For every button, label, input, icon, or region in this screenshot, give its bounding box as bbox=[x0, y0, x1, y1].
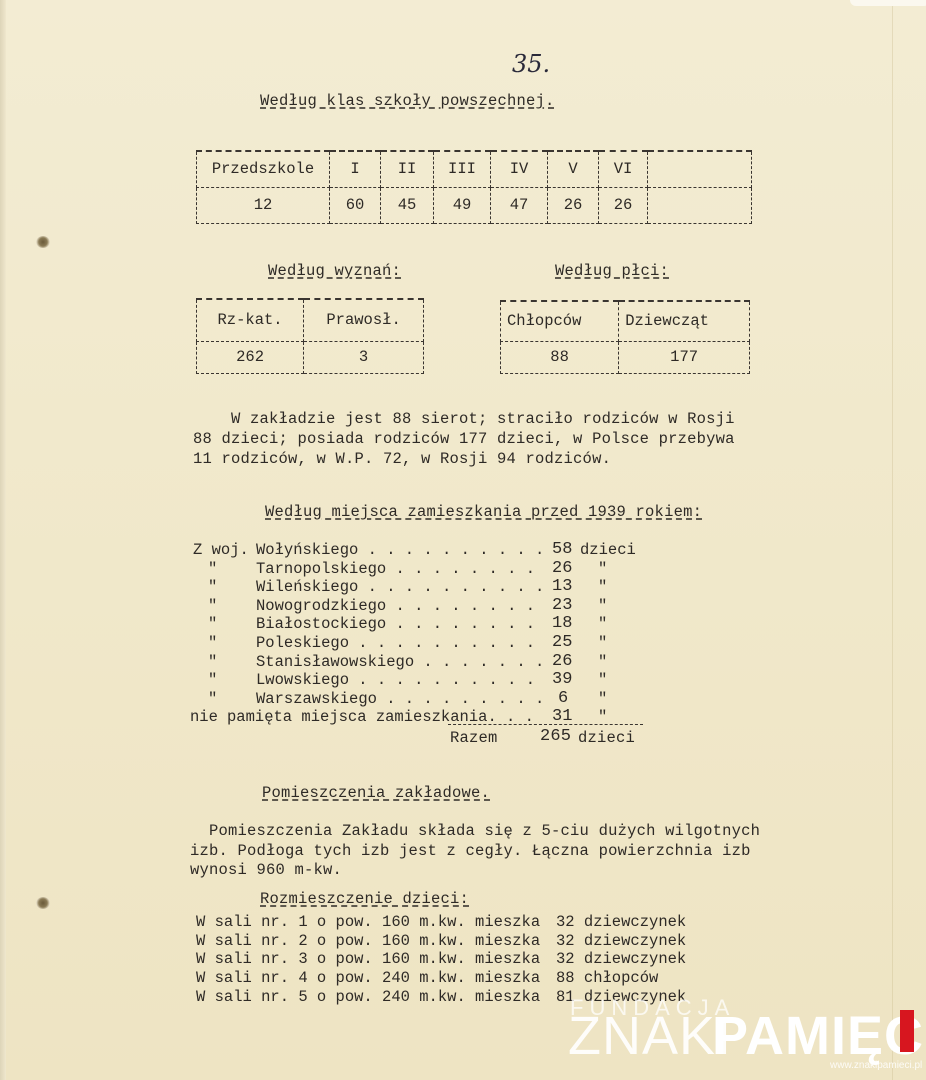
religion-table: Rz-kat.Prawosł. 2623 bbox=[196, 298, 424, 374]
table-value-cell: 177 bbox=[619, 341, 750, 373]
paper-tear bbox=[850, 0, 926, 6]
residence-name: Tarnopolskiego bbox=[256, 560, 386, 578]
distribution-room: W sali nr. 2 o pow. 160 m.kw. mieszka bbox=[196, 932, 540, 950]
table-header-cell: Chłopców bbox=[501, 301, 619, 341]
residence-unit: dzieci bbox=[580, 541, 636, 559]
residence-unit: " bbox=[598, 671, 607, 689]
residence-unit: " bbox=[598, 597, 607, 615]
residence-unit: " bbox=[598, 653, 607, 671]
distribution-group: 32 dziewczynek bbox=[556, 950, 686, 968]
leader-dots: . . . . . . . . . . . . . . . . . . . . … bbox=[358, 578, 548, 596]
orphans-line-2: 88 dzieci; posiada rodziców 177 dzieci, … bbox=[193, 430, 735, 448]
school-class-table: PrzedszkoleIIIIIIIVVVI 12604549472626 bbox=[196, 150, 752, 224]
watermark-accent-bar bbox=[900, 1010, 914, 1052]
table-value-cell: 49 bbox=[434, 187, 491, 223]
table-value-cell: 26 bbox=[599, 187, 648, 223]
residence-prefix: " bbox=[208, 634, 217, 652]
table-header-cell: Prawosł. bbox=[304, 299, 424, 341]
leader-dots: . . . . . . . . . . . . . . . . . . . . … bbox=[386, 615, 548, 633]
heading-residence: Według miejsca zamieszkania przed 1939 r… bbox=[265, 503, 702, 521]
heading-school-class: Według klas szkoły powszechnej. bbox=[260, 92, 555, 110]
paper-crease bbox=[892, 0, 893, 1080]
table-value-cell bbox=[648, 187, 752, 223]
table-value-cell: 60 bbox=[330, 187, 381, 223]
heading-sex: Według płci: bbox=[555, 262, 669, 280]
residence-count: 26 bbox=[552, 559, 572, 578]
table-value-cell: 12 bbox=[197, 187, 330, 223]
residence-count: 39 bbox=[552, 670, 572, 689]
punch-hole-icon bbox=[36, 236, 50, 248]
residence-prefix: nie bbox=[190, 708, 218, 726]
table-value-cell: 26 bbox=[548, 187, 599, 223]
residence-prefix: " bbox=[208, 690, 217, 708]
table-header-cell: V bbox=[548, 151, 599, 187]
watermark-brand-bold: PAMIĘCI bbox=[712, 1005, 926, 1067]
distribution-room: W sali nr. 3 o pow. 160 m.kw. mieszka bbox=[196, 950, 540, 968]
table-value-cell: 88 bbox=[501, 341, 619, 373]
table-header-cell: III bbox=[434, 151, 491, 187]
premises-line-2: izb. Podłoga tych izb jest z cegły. Łącz… bbox=[190, 842, 751, 860]
table-header-cell: IV bbox=[491, 151, 548, 187]
leader-dots: . . . . . . . . . . . . . . . . . . . . … bbox=[358, 541, 548, 559]
residence-name: Wołyńskiego bbox=[256, 541, 358, 559]
residence-count: 18 bbox=[552, 614, 572, 633]
distribution-group: 32 dziewczynek bbox=[556, 913, 686, 931]
table-header-cell: Przedszkole bbox=[197, 151, 330, 187]
distribution-group: 32 dziewczynek bbox=[556, 932, 686, 950]
residence-name: Poleskiego bbox=[256, 634, 349, 652]
residence-name: Białostockiego bbox=[256, 615, 386, 633]
residence-name: Nowogrodzkiego bbox=[256, 597, 386, 615]
total-value: 265 bbox=[540, 727, 571, 746]
premises-line-3: wynosi 960 m-kw. bbox=[190, 861, 342, 879]
table-value-cell: 3 bbox=[304, 341, 424, 373]
table-value-cell: 45 bbox=[381, 187, 434, 223]
residence-count: 26 bbox=[552, 652, 572, 671]
orphans-line-1: W zakładzie jest 88 sierot; straciło rod… bbox=[193, 410, 735, 428]
residence-name: Lwowskiego bbox=[256, 671, 349, 689]
residence-unit: " bbox=[598, 634, 607, 652]
residence-name: Warszawskiego bbox=[256, 690, 377, 708]
residence-prefix: " bbox=[208, 653, 217, 671]
distribution-group: 88 chłopców bbox=[556, 969, 658, 987]
residence-prefix: " bbox=[208, 615, 217, 633]
residence-unit: " bbox=[598, 560, 607, 578]
leader-dots: . . . . . . . . . . . . . . . . . . . . … bbox=[349, 634, 548, 652]
table-header-cell bbox=[648, 151, 752, 187]
sex-table: ChłopcówDziewcząt 88177 bbox=[500, 300, 750, 374]
residence-prefix: " bbox=[208, 578, 217, 596]
distribution-room: W sali nr. 1 o pow. 160 m.kw. mieszka bbox=[196, 913, 540, 931]
residence-prefix: Z woj. bbox=[193, 541, 249, 559]
watermark-brand-light: ZNAKI bbox=[568, 1005, 732, 1067]
residence-prefix: " bbox=[208, 560, 217, 578]
residence-unit: " bbox=[598, 690, 607, 708]
heading-premises: Pomieszczenia zakładowe. bbox=[262, 784, 490, 802]
distribution-room: W sali nr. 4 o pow. 240 m.kw. mieszka bbox=[196, 969, 540, 987]
table-header-cell: Dziewcząt bbox=[619, 301, 750, 341]
orphans-line-3: 11 rodziców, w W.P. 72, w Rosji 94 rodzi… bbox=[193, 450, 611, 468]
table-value-cell: 262 bbox=[197, 341, 304, 373]
residence-prefix: " bbox=[208, 671, 217, 689]
total-label: Razem bbox=[450, 729, 498, 747]
residence-name: Wileńskiego bbox=[256, 578, 358, 596]
residence-count: 6 bbox=[558, 689, 568, 708]
table-header-cell: II bbox=[381, 151, 434, 187]
heading-distribution: Rozmieszczenie dzieci: bbox=[260, 890, 469, 908]
page-edge bbox=[0, 0, 6, 1080]
total-rule bbox=[448, 724, 643, 725]
leader-dots: . . . . . . . . . . . . . . . . . . . . … bbox=[414, 653, 548, 671]
leader-dots: . . . . . . . . . . . . . . . . . . . . … bbox=[349, 671, 548, 689]
premises-line-1: Pomieszczenia Zakładu składa się z 5-ciu… bbox=[190, 822, 760, 840]
table-header-cell: Rz-kat. bbox=[197, 299, 304, 341]
punch-hole-icon bbox=[36, 897, 50, 909]
residence-unit: " bbox=[598, 615, 607, 633]
leader-dots: . . . . . . . . . . . . . . . . . . . . … bbox=[386, 560, 548, 578]
leader-dots: . . . . . . . . . . . . . . . . . . . . … bbox=[386, 597, 548, 615]
residence-count: 13 bbox=[552, 577, 572, 596]
residence-name: Stanisławowskiego bbox=[256, 653, 414, 671]
leader-dots: . . . . . . . . . . . . . . . . . . . . … bbox=[377, 690, 548, 708]
page-number: 35. bbox=[512, 50, 550, 78]
residence-count: 25 bbox=[552, 633, 572, 652]
table-value-cell: 47 bbox=[491, 187, 548, 223]
residence-count: 23 bbox=[552, 596, 572, 615]
table-header-cell: I bbox=[330, 151, 381, 187]
heading-religion: Według wyznań: bbox=[268, 262, 401, 280]
residence-prefix: " bbox=[208, 597, 217, 615]
residence-unit: " bbox=[598, 578, 607, 596]
table-header-cell: VI bbox=[599, 151, 648, 187]
watermark-url: www.znakipamieci.pl bbox=[830, 1060, 922, 1071]
residence-count: 58 bbox=[552, 540, 572, 559]
total-unit: dzieci bbox=[578, 729, 635, 747]
distribution-room: W sali nr. 5 o pow. 240 m.kw. mieszka bbox=[196, 988, 540, 1006]
